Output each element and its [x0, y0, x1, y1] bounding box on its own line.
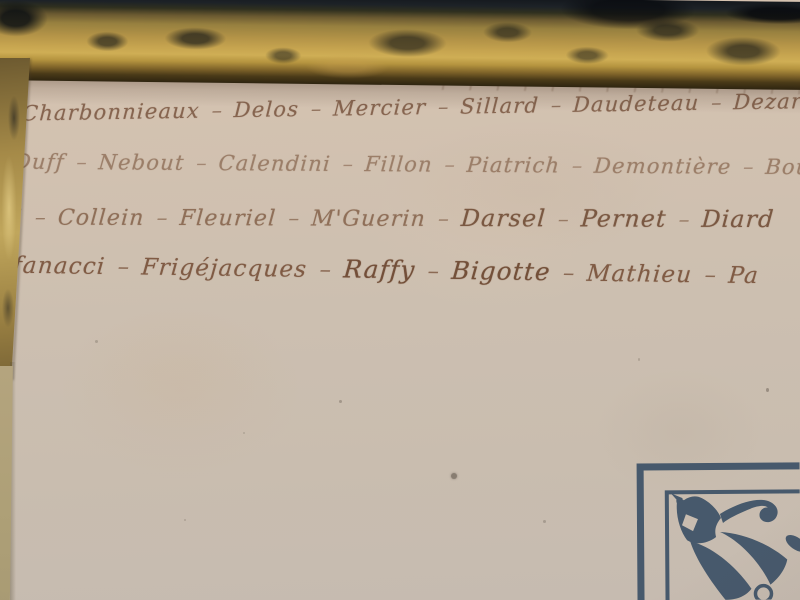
- paper-stain: [60, 300, 300, 480]
- handwritten-name: Calendini: [218, 151, 332, 176]
- paper-speck: [339, 400, 342, 403]
- paper-speck: [95, 340, 98, 343]
- handwriting-line: uni – Collein – Fleuriel – M'Guerin – Da…: [0, 202, 800, 233]
- handwritten-name: Darsel: [460, 204, 547, 232]
- paper-speck: [766, 388, 769, 392]
- name-separator-dash: –: [184, 151, 220, 175]
- name-separator-dash: –: [550, 260, 588, 286]
- paper-stain: [380, 120, 680, 260]
- name-separator-dash: –: [275, 206, 312, 231]
- name-separator-dash: –: [414, 258, 452, 284]
- corner-ornament: [629, 447, 800, 600]
- name-separator-dash: –: [144, 206, 181, 231]
- handwritten-name: Fleuriel: [179, 206, 278, 231]
- name-separator-dash: –: [559, 154, 595, 178]
- handwritten-name: Diard: [701, 205, 776, 233]
- name-separator-dash: –: [432, 153, 468, 177]
- handwritten-name: Demontière: [593, 154, 732, 179]
- name-separator-dash: –: [425, 207, 462, 232]
- name-separator-dash: –: [545, 207, 582, 232]
- tarnish-spots: [0, 0, 800, 90]
- handwritten-name: Mathieu: [586, 261, 694, 288]
- paper-speck: [451, 473, 457, 479]
- paper-speck: [243, 432, 245, 434]
- name-separator-dash: –: [691, 262, 729, 288]
- name-separator-dash: –: [330, 152, 366, 176]
- handwritten-name: Raffy: [342, 254, 416, 284]
- name-separator-dash: –: [306, 257, 344, 283]
- photo-of-framed-document: Charbonnieaux – Delos – Mercier – Sillar…: [0, 0, 800, 600]
- handwritten-name: Bigotte: [450, 256, 552, 286]
- handwritten-name: Collein: [57, 206, 146, 231]
- fleuron-corner-icon: [629, 447, 800, 600]
- handwritten-name: Pa: [727, 263, 760, 289]
- handwritten-name: Frigéjacques: [140, 255, 308, 283]
- name-separator-dash: –: [666, 208, 703, 233]
- name-separator-dash: –: [64, 150, 100, 174]
- handwritten-name: Fillon: [364, 152, 434, 176]
- name-separator-dash: –: [731, 155, 767, 179]
- paper-speck: [184, 519, 186, 521]
- handwritten-name: M'Guerin: [310, 206, 427, 231]
- name-separator-dash: –: [22, 205, 59, 230]
- handwritten-name: Nebout: [98, 150, 186, 175]
- gilt-frame-top-edge: [0, 0, 800, 90]
- name-separator-dash: –: [104, 254, 142, 280]
- paper-speck: [543, 520, 546, 523]
- handwritten-name: Piatrich: [466, 153, 561, 178]
- paper-speck: [638, 358, 640, 361]
- handwritten-name: Bou: [764, 155, 800, 179]
- handwritten-name: Pernet: [580, 204, 668, 232]
